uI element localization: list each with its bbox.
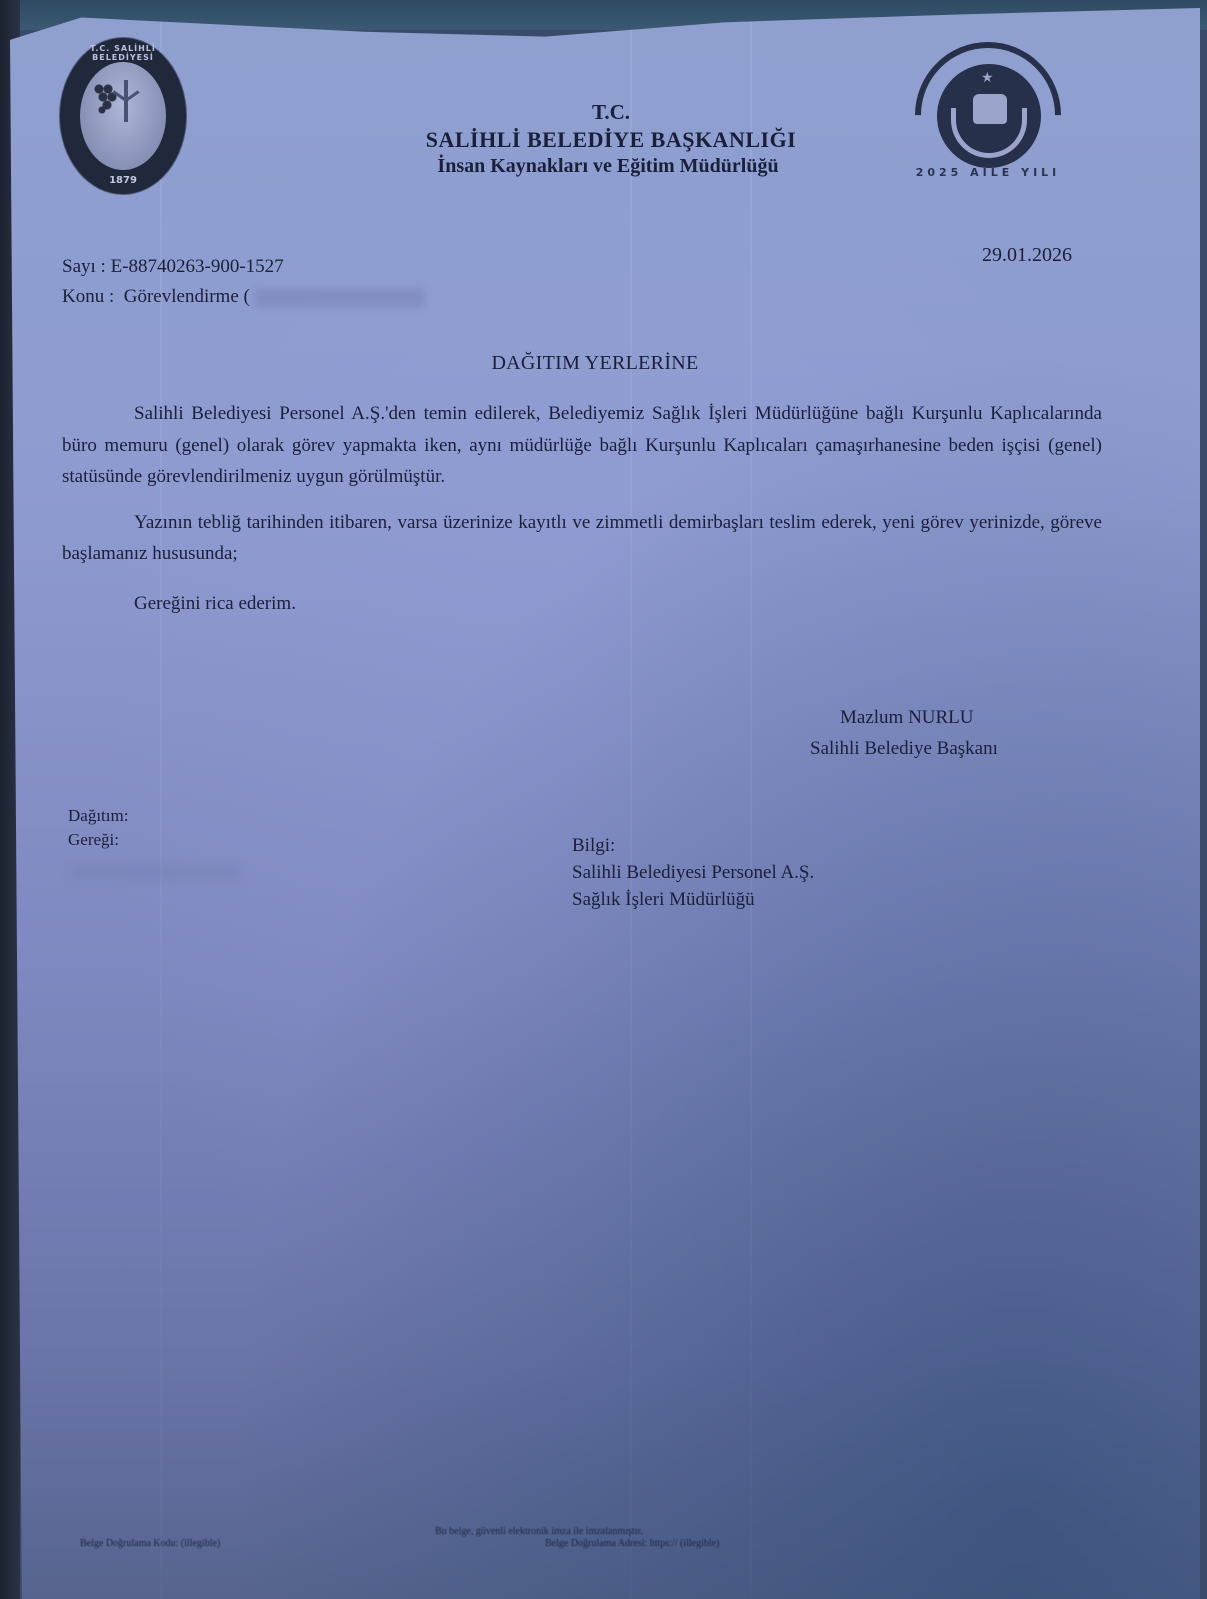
body-paragraph: Yazının tebliğ tarihinden itibaren, vars… [62, 507, 1102, 570]
distribution-action-label: Gereği: [68, 828, 128, 852]
official-letter-page: T.C. SALİHLİ BELEDİYESİ 1879 ★ 2025 AİLE… [10, 8, 1200, 1599]
info-recipient: Sağlık İşleri Müdürlüğü [572, 886, 814, 913]
letter-body: Salihli Belediyesi Personel A.Ş.'den tem… [62, 398, 1102, 633]
signature-block: Mazlum NURLU Salihli Belediye Başkanı [810, 702, 998, 764]
signatory-title: Salihli Belediye Başkanı [810, 733, 998, 764]
info-recipients-block: Bilgi: Salihli Belediyesi Personel A.Ş. … [572, 832, 814, 913]
closing-line: Gereğini rica ederim. [62, 588, 1102, 620]
document-date: 29.01.2026 [982, 244, 1072, 267]
reference-number-label: Sayı : [62, 252, 106, 282]
distribution-heading: Dağıtım: [68, 804, 128, 828]
department-name: İnsan Kaynakları ve Eğitim Müdürlüğü [20, 155, 1196, 178]
star-icon: ★ [981, 70, 994, 87]
e-signature-notice: Bu belge, güvenli elektronik imza ile im… [435, 1526, 643, 1537]
subject-label: Konu : [62, 282, 114, 312]
verification-code: Belge Doğrulama Kodu: (illegible) [80, 1538, 220, 1549]
recipient-heading: DAĞITIM YERLERİNE [10, 352, 1180, 375]
subject-row: Konu : Görevlendirme ( [62, 282, 424, 312]
document-meta: Sayı : E-88740263-900-1527 Konu : Görevl… [62, 252, 424, 312]
redacted-region [254, 288, 424, 308]
paper-crease [630, 8, 632, 1599]
distribution-block: Dağıtım: Gereği: [68, 804, 128, 852]
verification-address: Belge Doğrulama Adresi: https:// (illegi… [545, 1538, 719, 1549]
body-paragraph: Salihli Belediyesi Personel A.Ş.'den tem… [62, 398, 1102, 493]
letterhead: T.C. SALİHLİ BELEDİYE BAŞKANLIĞI İnsan K… [10, 100, 1180, 178]
reference-number-value: E-88740263-900-1527 [111, 256, 284, 277]
country-label: T.C. [26, 100, 1196, 125]
redacted-region [70, 864, 240, 880]
paper-crease [160, 8, 162, 1599]
info-recipient: Salihli Belediyesi Personel A.Ş. [572, 859, 814, 886]
info-label: Bilgi: [572, 832, 814, 859]
organization-name: SALİHLİ BELEDİYE BAŞKANLIĞI [26, 127, 1196, 153]
paper-crease [750, 8, 752, 1599]
reference-number-row: Sayı : E-88740263-900-1527 [62, 252, 424, 282]
seal-arc-text: T.C. SALİHLİ BELEDİYESİ [60, 44, 186, 62]
subject-value: Görevlendirme ( [124, 286, 250, 307]
signatory-name: Mazlum NURLU [810, 702, 998, 733]
